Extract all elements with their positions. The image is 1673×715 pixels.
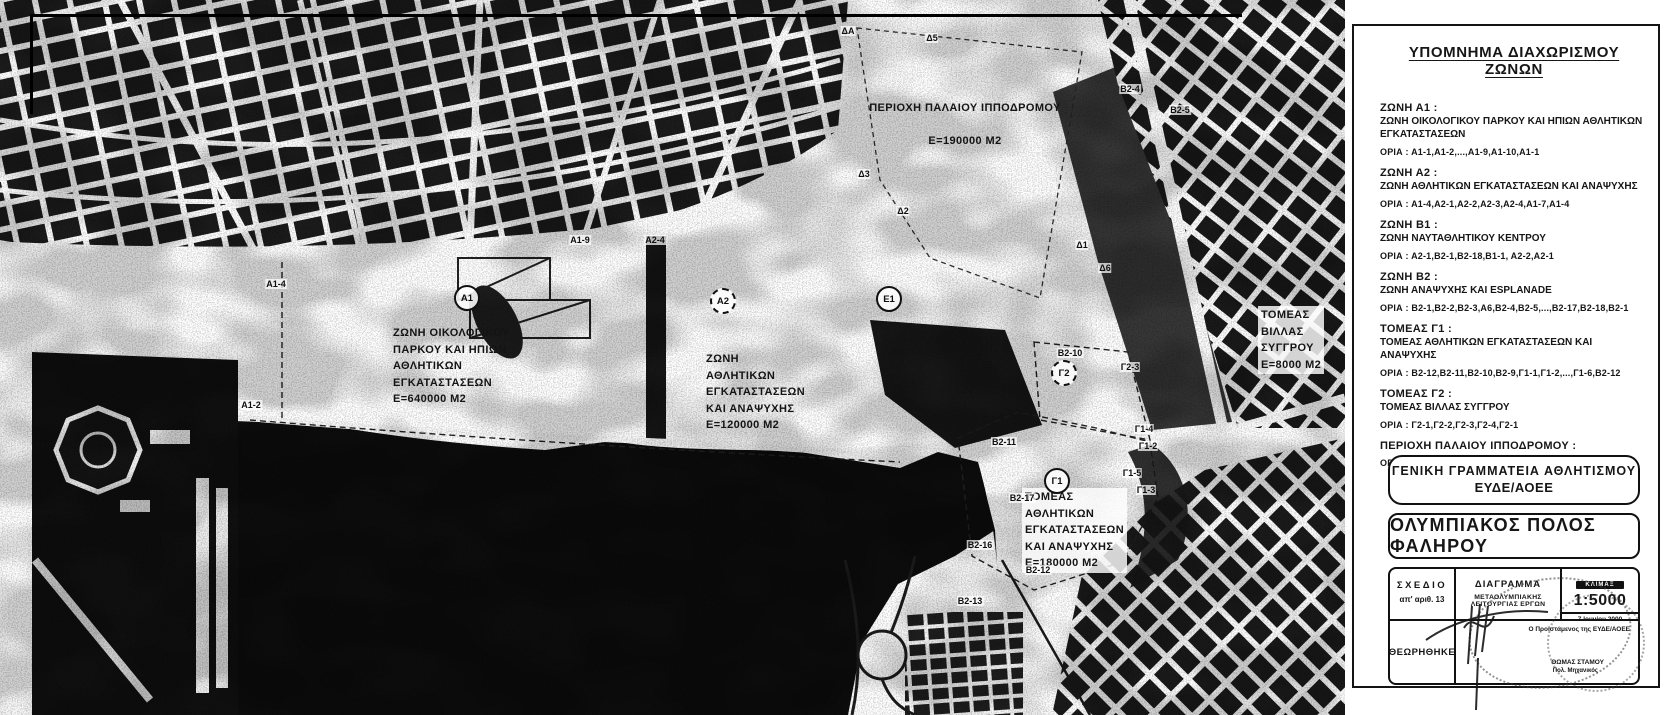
sheet-label: ΣΧΕΔΙΟ	[1390, 580, 1454, 591]
legend-sections: ΖΩΝΗ Α1 : ΖΩΝΗ ΟΙΚΟΛΟΓΙΚΟΥ ΠΑΡΚΟΥ ΚΑΙ ΗΠ…	[1380, 102, 1648, 468]
drawing-title-cell: ΔΙΑΓΡΑΜΜΑ ΜΕΤΑΟΛΥΜΠΙΑΚΗΣ ΛΕΙΤΟΥΡΓΙΑΣ ΕΡΓ…	[1456, 569, 1562, 621]
legend-zone-description: ΤΟΜΕΑΣ ΑΘΛΗΤΙΚΩΝ ΕΓΚΑΤΑΣΤΑΣΕΩΝ ΚΑΙ ΑΝΑΨΥ…	[1380, 336, 1648, 362]
legend-zone-heading: ΖΩΝΗ Α2 :	[1380, 167, 1648, 179]
legend-zone-boundaries: ΟΡΙΑ : Α1-4,Α2-1,Α2-2,Α2-3,Α2-4,Α1-7,Α1-…	[1380, 199, 1648, 209]
signer-title: Ο Προϊστάμενος της ΕΥΔΕ/ΑΟΕΕ	[1528, 626, 1630, 633]
agency-name: ΓΕΝΙΚΗ ΓΡΑΜΜΑΤΕΙΑ ΑΘΛΗΤΙΣΜΟΥ	[1390, 464, 1638, 478]
signature-cell: Ο Προϊστάμενος της ΕΥΔΕ/ΑΟΕΕ ΘΩΜΑΣ ΣΤΑΜΟ…	[1456, 621, 1638, 683]
sheet-number: απ' αριθ. 13	[1390, 595, 1454, 604]
legend-zone-boundaries: ΟΡΙΑ : Β2-12,Β2-11,Β2-10,Β2-9,Γ1-1,Γ1-2,…	[1380, 368, 1648, 378]
legend-zone-heading: ΖΩΝΗ Β2 :	[1380, 271, 1648, 283]
signer-name: ΘΩΜΑΣ ΣΤΑΜΟΥ	[1551, 659, 1604, 666]
legend-title: ΥΠΟΜΝΗΜΑ ΔΙΑΧΩΡΙΣΜΟΥ ΖΩΝΩΝ	[1380, 44, 1648, 78]
legend-zone-heading: ΖΩΝΗ Β1 :	[1380, 219, 1648, 231]
legend-zone-heading: ΠΕΡΙΟΧΗ ΠΑΛΑΙΟΥ ΙΠΠΟΔΡΟΜΟΥ :	[1380, 440, 1648, 452]
scale-value: 1:5000	[1562, 592, 1638, 610]
agency-unit: ΕΥΔΕ/ΑΟΕΕ	[1390, 480, 1638, 495]
drawing-type: ΔΙΑΓΡΑΜΜΑ	[1456, 579, 1560, 590]
title-block: ΣΧΕΔΙΟ απ' αριθ. 13 ΔΙΑΓΡΑΜΜΑ ΜΕΤΑΟΛΥΜΠΙ…	[1388, 567, 1640, 685]
map-area: ΠΕΡΙΟΧΗ ΠΑΛΑΙΟΥ ΙΠΠΟΔΡΟΜΟΥ Ε=190000 Μ2ΖΩ…	[0, 0, 1345, 715]
approved-cell: ΘΕΩΡΗΘΗΚΕ	[1390, 621, 1456, 683]
legend-section: ΤΟΜΕΑΣ Γ2 : ΤΟΜΕΑΣ ΒΙΛΛΑΣ ΣΥΓΓΡΟΥ ΟΡΙΑ :…	[1380, 388, 1648, 430]
legend-zone-boundaries: ΟΡΙΑ : Β2-1,Β2-2,Β2-3,Α6,Β2-4,Β2-5,...,Β…	[1380, 303, 1648, 313]
legend-section: ΖΩΝΗ Β2 : ΖΩΝΗ ΑΝΑΨΥΧΗΣ ΚΑΙ ESPLANADE ΟΡ…	[1380, 271, 1648, 313]
scanned-zoning-map-sheet: ΠΕΡΙΟΧΗ ΠΑΛΑΙΟΥ ΙΠΠΟΔΡΟΜΟΥ Ε=190000 Μ2ΖΩ…	[0, 0, 1673, 715]
drawing-subtitle: ΜΕΤΑΟΛΥΜΠΙΑΚΗΣ ΛΕΙΤΟΥΡΓΙΑΣ ΕΡΓΩΝ	[1456, 594, 1560, 608]
scale-cell: ΚΛΙΜΑΞ 1:5000 7 Ιουνίου 2000	[1562, 569, 1638, 621]
legend-zone-heading: ΤΟΜΕΑΣ Γ2 :	[1380, 388, 1648, 400]
legend-zone-description: ΖΩΝΗ ΝΑΥΤΑΘΛΗΤΙΚΟΥ ΚΕΝΤΡΟΥ	[1380, 232, 1648, 245]
legend-zone-description: ΖΩΝΗ ΟΙΚΟΛΟΓΙΚΟΥ ΠΑΡΚΟΥ ΚΑΙ ΗΠΙΩΝ ΑΘΛΗΤΙ…	[1380, 115, 1648, 141]
legend-section: ΖΩΝΗ Α2 : ΖΩΝΗ ΑΘΛΗΤΙΚΩΝ ΕΓΚΑΤΑΣΤΑΣΕΩΝ Κ…	[1380, 167, 1648, 209]
map-canvas	[0, 0, 1345, 715]
legend-zone-boundaries: ΟΡΙΑ : Α1-1,Α1-2,...,Α1-9,Α1-10,Α1-1	[1380, 147, 1648, 157]
legend-section: ΖΩΝΗ Β1 : ΖΩΝΗ ΝΑΥΤΑΘΛΗΤΙΚΟΥ ΚΕΝΤΡΟΥ ΟΡΙ…	[1380, 219, 1648, 261]
legend-zone-heading: ΖΩΝΗ Α1 :	[1380, 102, 1648, 114]
legend-section: ΤΟΜΕΑΣ Γ1 : ΤΟΜΕΑΣ ΑΘΛΗΤΙΚΩΝ ΕΓΚΑΤΑΣΤΑΣΕ…	[1380, 323, 1648, 378]
legend-zone-description: ΖΩΝΗ ΑΘΛΗΤΙΚΩΝ ΕΓΚΑΤΑΣΤΑΣΕΩΝ ΚΑΙ ΑΝΑΨΥΧΗ…	[1380, 180, 1648, 193]
scale-label: ΚΛΙΜΑΞ	[1576, 581, 1623, 589]
legend-zone-description: ΤΟΜΕΑΣ ΒΙΛΛΑΣ ΣΥΓΓΡΟΥ	[1380, 401, 1648, 414]
legend-zone-heading: ΤΟΜΕΑΣ Γ1 :	[1380, 323, 1648, 335]
sheet-number-cell: ΣΧΕΔΙΟ απ' αριθ. 13	[1390, 569, 1456, 621]
agency-title-box: ΓΕΝΙΚΗ ΓΡΑΜΜΑΤΕΙΑ ΑΘΛΗΤΙΣΜΟΥ ΕΥΔΕ/ΑΟΕΕ	[1388, 455, 1640, 505]
legend-zone-boundaries: ΟΡΙΑ : Α2-1,Β2-1,Β2-18,Β1-1, Α2-2,Α2-1	[1380, 251, 1648, 261]
legend-section: ΖΩΝΗ Α1 : ΖΩΝΗ ΟΙΚΟΛΟΓΙΚΟΥ ΠΑΡΚΟΥ ΚΑΙ ΗΠ…	[1380, 102, 1648, 157]
photocopy-grain	[0, 0, 1345, 715]
project-title-box: ΟΛΥΜΠΙΑΚΟΣ ΠΟΛΟΣ ΦΑΛΗΡΟΥ	[1388, 513, 1640, 559]
signer-role: Πολ. Μηχανικός	[1553, 668, 1598, 674]
legend-zone-boundaries: ΟΡΙΑ : Γ2-1,Γ2-2,Γ2-3,Γ2-4,Γ2-1	[1380, 420, 1648, 430]
legend-zone-description: ΖΩΝΗ ΑΝΑΨΥΧΗΣ ΚΑΙ ESPLANADE	[1380, 284, 1648, 297]
